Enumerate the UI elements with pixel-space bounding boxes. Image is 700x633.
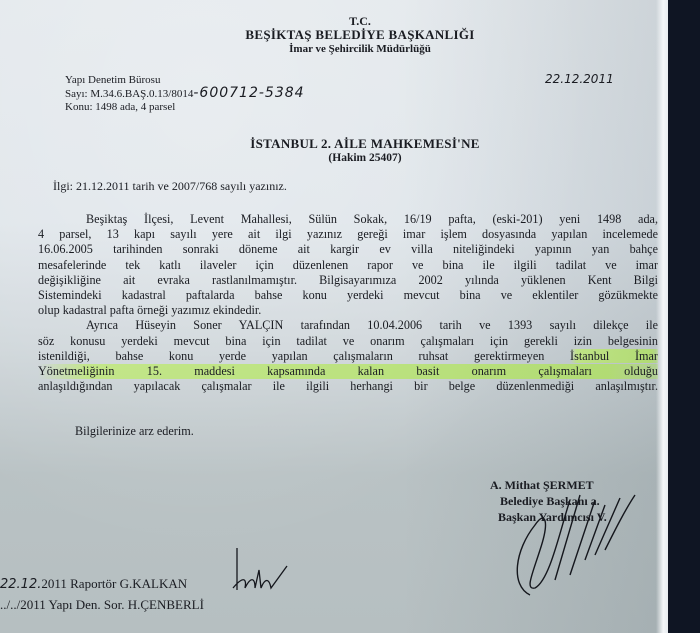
body-line: değişikliğine ait evraka rastlanılmamışt… bbox=[38, 273, 658, 288]
paragraph-1: Beşiktaş İlçesi, Levent Mahallesi, Sülün… bbox=[38, 212, 658, 318]
body-line: 16.06.2005 tarihinden sonraki döneme ait… bbox=[38, 242, 658, 257]
body-line: Sistemindeki kadastral paftalarda bahse … bbox=[38, 288, 658, 303]
recipient-judge: (Hakim 25407) bbox=[215, 151, 515, 166]
rapporteur-signature-icon bbox=[225, 548, 305, 598]
handwritten-signature-icon bbox=[500, 490, 660, 600]
reference-line: İlgi: 21.12.2011 tarih ve 2007/768 sayıl… bbox=[53, 179, 287, 194]
body-line: istenildiği, bahse konu yerde yapılan ça… bbox=[38, 349, 658, 364]
highlighted-text: İstanbul İmar bbox=[570, 349, 658, 363]
footer-block: 22.12.2011 Raportör G.KALKAN ../../2011 … bbox=[0, 574, 204, 615]
closing-line: Bilgilerinize arz ederim. bbox=[75, 424, 194, 439]
recipient: İSTANBUL 2. AİLE MAHKEMESİ'NE (Hakim 254… bbox=[215, 136, 515, 166]
reference-number: Sayı: M.34.6.BAŞ.0.13/8014-600712-5384 bbox=[65, 87, 305, 101]
subject: Konu: 1498 ada, 4 parsel bbox=[65, 101, 305, 114]
body-line: olup kadastral pafta örneği yazımız ekin… bbox=[38, 303, 658, 318]
body-line: Ayrıca Hüseyin Soner YALÇIN tarafından 1… bbox=[38, 318, 658, 333]
handwritten-date: 22.12.2011 bbox=[545, 72, 614, 86]
footer-rapporteur-text: 2011 Raportör G.KALKAN bbox=[41, 576, 187, 591]
document-meta: Yapı Denetim Bürosu Sayı: M.34.6.BAŞ.0.1… bbox=[65, 74, 305, 114]
body-line: Beşiktaş İlçesi, Levent Mahallesi, Sülün… bbox=[38, 212, 658, 227]
footer-handwritten-date: 22.12. bbox=[0, 577, 41, 592]
body-line: söz konusu yerdeki mevcut bina için tadi… bbox=[38, 334, 658, 349]
body-text: istenildiği, bahse konu yerde yapılan ça… bbox=[38, 349, 570, 363]
body-line: mesafelerinde tek katlı ilaveler için dü… bbox=[38, 258, 658, 273]
footer-supervisor: ../../2011 Yapı Den. Sor. H.ÇENBERLİ bbox=[0, 595, 204, 615]
footer-rapporteur: 22.12.2011 Raportör G.KALKAN bbox=[0, 574, 204, 595]
paragraph-2: Ayrıca Hüseyin Soner YALÇIN tarafından 1… bbox=[38, 318, 658, 394]
document-page: T.C. BEŞİKTAŞ BELEDİYE BAŞKANLIĞI İmar v… bbox=[0, 0, 668, 633]
letterhead-organization: BEŞİKTAŞ BELEDİYE BAŞKANLIĞI bbox=[200, 28, 520, 42]
highlighted-line: Yönetmeliğinin 15. maddesi kapsamında ka… bbox=[38, 364, 658, 379]
reference-handwritten: -600712-5384 bbox=[193, 85, 304, 101]
letterhead-department: İmar ve Şehircilik Müdürlüğü bbox=[200, 42, 520, 56]
recipient-court: İSTANBUL 2. AİLE MAHKEMESİ'NE bbox=[215, 136, 515, 151]
body-line: 4 parsel, 13 kapı sayılı yere ait ilgi y… bbox=[38, 227, 658, 242]
body-line: anlaşıldığından yapılacak çalışmalar ile… bbox=[38, 379, 658, 394]
letterhead-tc: T.C. bbox=[200, 14, 520, 28]
letterhead: T.C. BEŞİKTAŞ BELEDİYE BAŞKANLIĞI İmar v… bbox=[200, 14, 520, 56]
reference-printed: Sayı: M.34.6.BAŞ.0.13/8014 bbox=[65, 88, 193, 100]
letter-body: Beşiktaş İlçesi, Levent Mahallesi, Sülün… bbox=[38, 212, 658, 394]
